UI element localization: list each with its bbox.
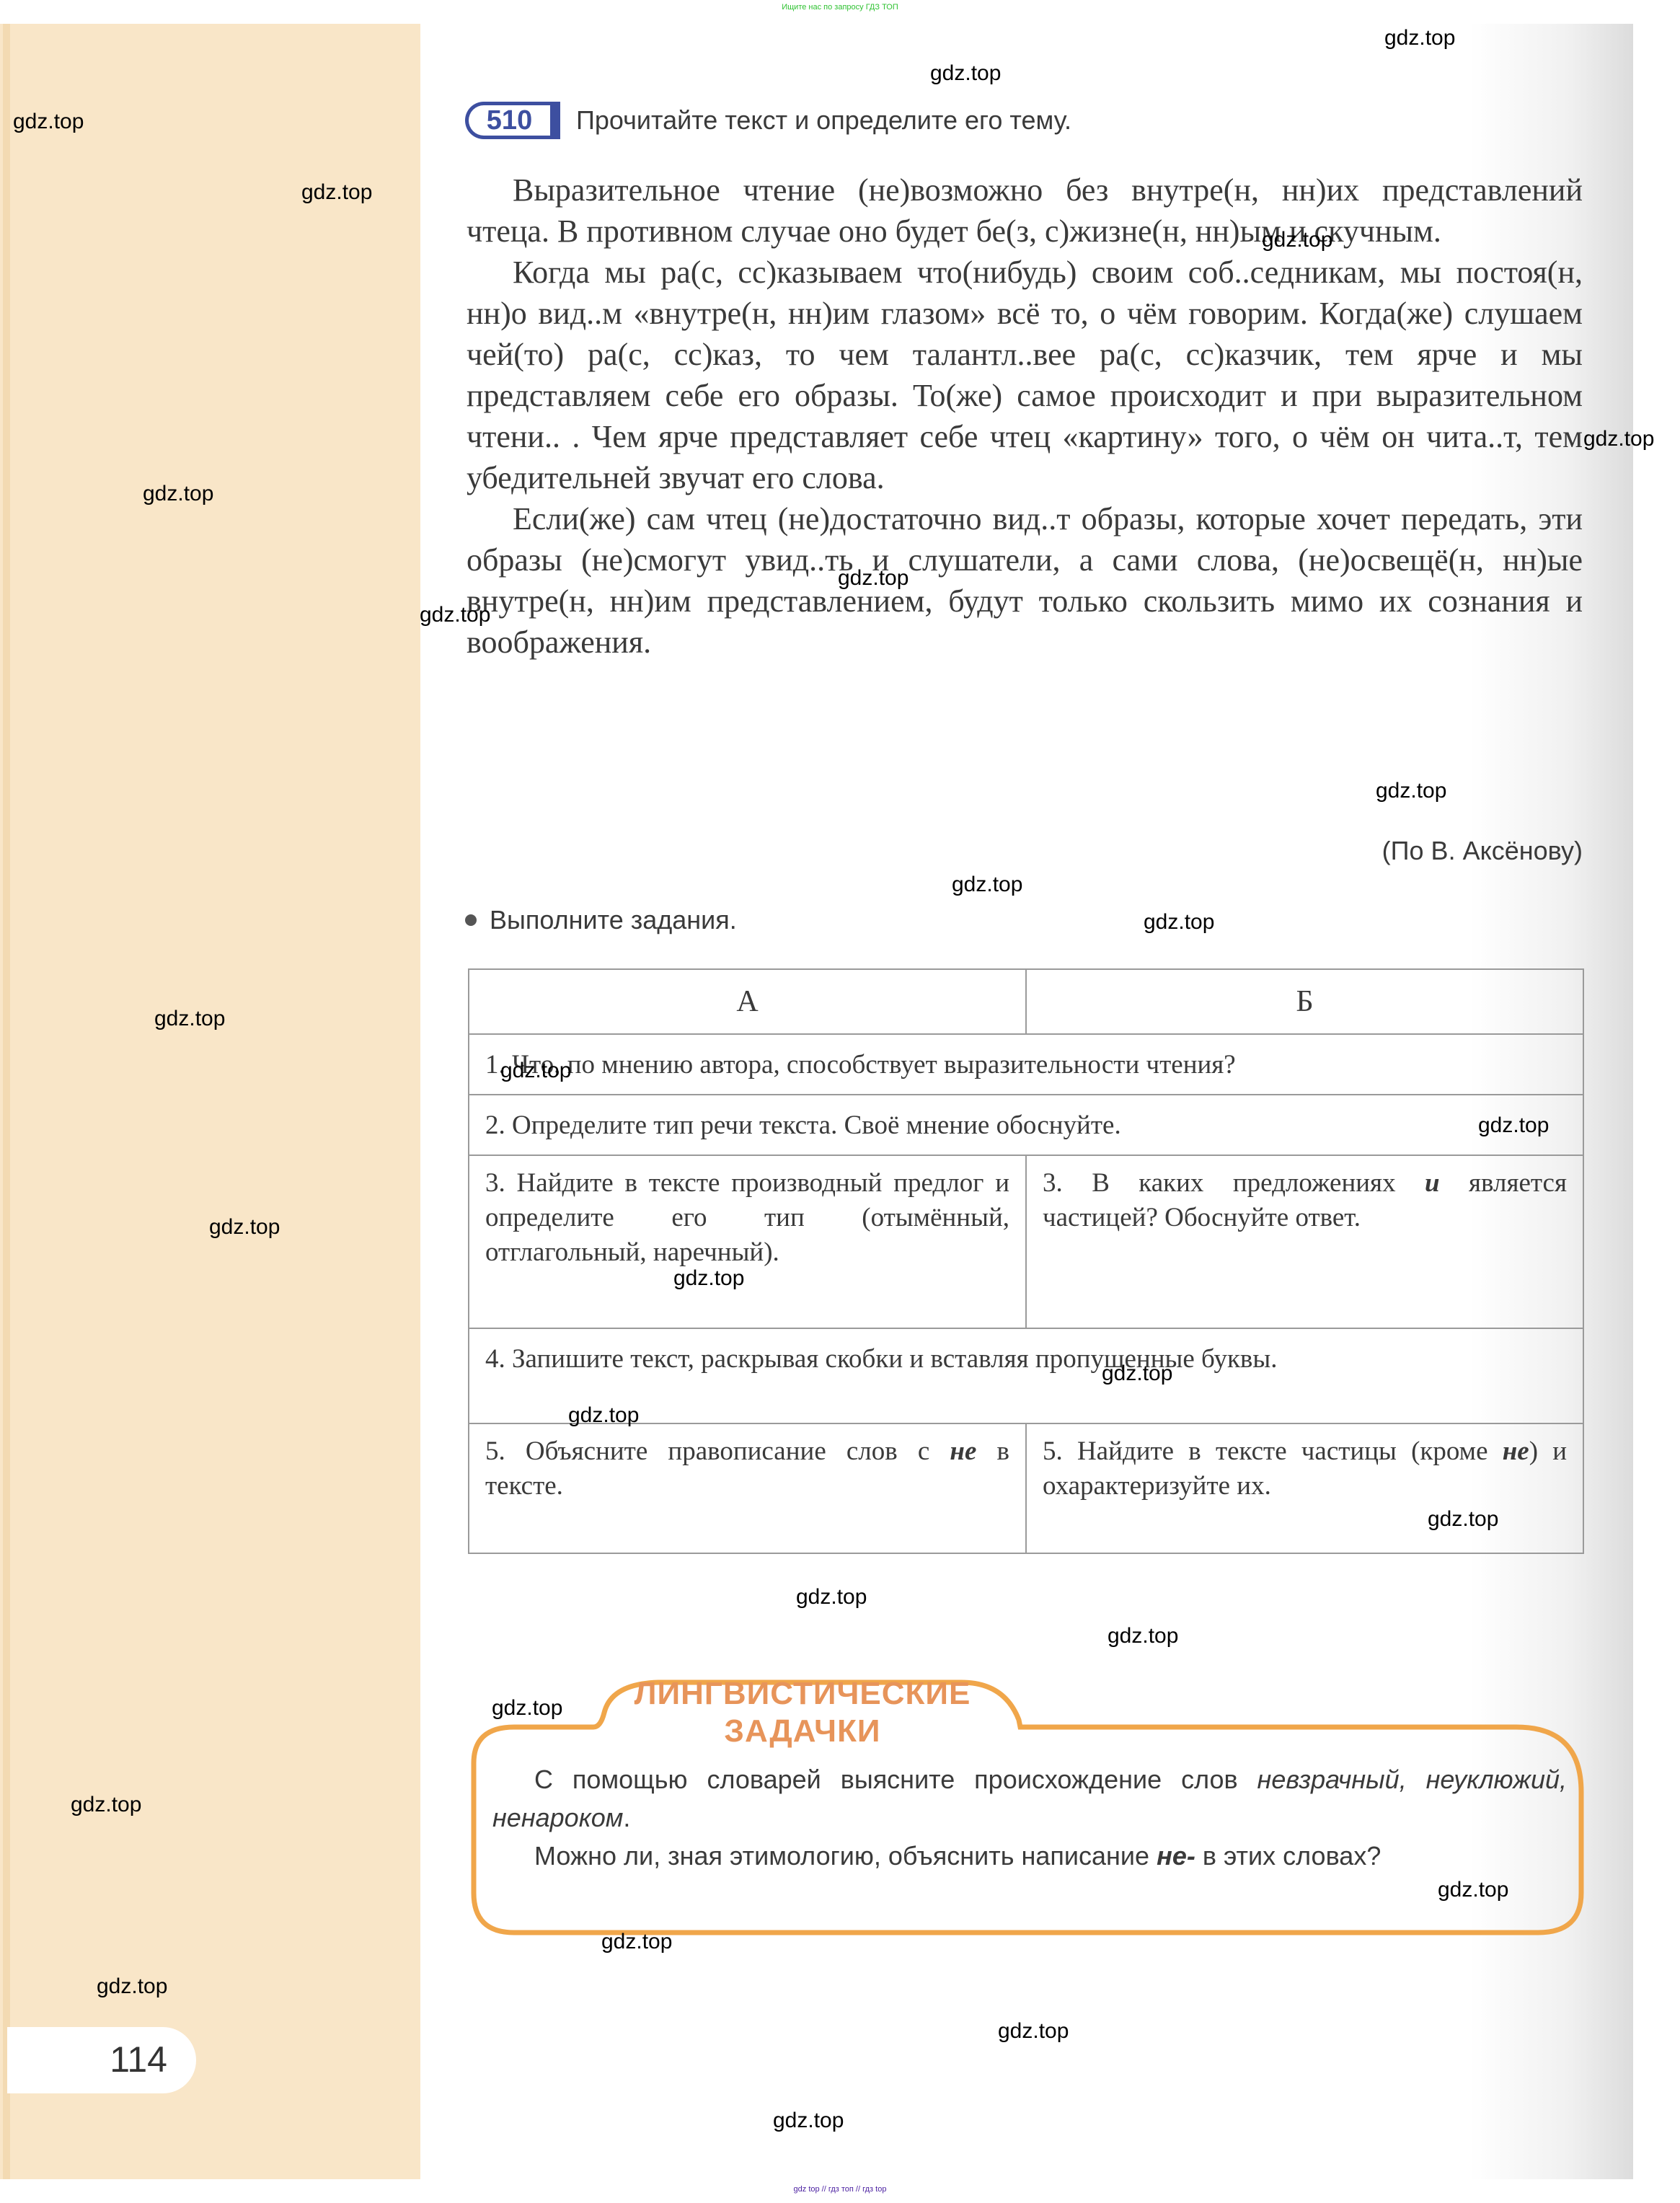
linguistic-tasks-text: С помощью словарей выясните происхождени… bbox=[492, 1760, 1567, 1875]
watermark: gdz.top bbox=[1144, 910, 1214, 935]
text-paragraph: Если(же) сам чтец (не)достаточно вид..т … bbox=[467, 498, 1583, 663]
column-header-a: А bbox=[469, 969, 1026, 1034]
watermark: gdz.top bbox=[1262, 228, 1332, 252]
text-paragraph: Когда мы ра(с, сс)казываем что(нибудь) с… bbox=[467, 252, 1583, 498]
task-3b: 3. В каких предложениях и является части… bbox=[1026, 1155, 1583, 1328]
watermark: gdz.top bbox=[1583, 427, 1654, 451]
watermark: gdz.top bbox=[1478, 1113, 1549, 1138]
linguistic-tasks-title: ЛИНГВИСТИЧЕСКИЕ ЗАДАЧКИ bbox=[601, 1675, 1004, 1750]
task-5b: 5. Найдите в тексте частицы (кроме не) и… bbox=[1026, 1423, 1583, 1553]
bottom-banner: gdz top // гдз топ // гдз top bbox=[0, 2185, 1680, 2194]
textbook-page: 114 510 Прочитайте текст и определите ег… bbox=[0, 24, 1633, 2179]
table-row: 2. Определите тип речи текста. Своё мнен… bbox=[469, 1095, 1583, 1155]
watermark: gdz.top bbox=[773, 2109, 844, 2133]
watermark: gdz.top bbox=[143, 482, 213, 506]
watermark: gdz.top bbox=[1384, 26, 1455, 50]
watermark: gdz.top bbox=[1438, 1878, 1508, 1902]
watermark: gdz.top bbox=[500, 1059, 571, 1083]
task-3a: 3. Найдите в тексте производный предлог … bbox=[469, 1155, 1026, 1328]
ling-paragraph-2: Можно ли, зная этимологию, объяснить нап… bbox=[492, 1837, 1567, 1875]
ling-p2-emphasis: не- bbox=[1157, 1841, 1195, 1871]
task-5a: 5. Объясните правописание слов с не в те… bbox=[469, 1423, 1026, 1553]
task-intro-label: Выполните задания. bbox=[490, 905, 737, 935]
title-line-2: ЗАДАЧКИ bbox=[601, 1713, 1004, 1750]
watermark: gdz.top bbox=[673, 1266, 744, 1291]
page-margin-band: 114 bbox=[0, 24, 420, 2179]
watermark: gdz.top bbox=[154, 1007, 225, 1031]
watermark: gdz.top bbox=[492, 1696, 562, 1721]
watermark: gdz.top bbox=[13, 110, 84, 134]
watermark: gdz.top bbox=[568, 1403, 639, 1428]
tasks-table: А Б 1. Что, по мнению автора, способству… bbox=[468, 968, 1584, 1554]
task-5a-emphasis: не bbox=[950, 1436, 976, 1466]
watermark: gdz.top bbox=[998, 2019, 1069, 2044]
text-attribution: (По В. Аксёнову) bbox=[1382, 836, 1583, 866]
watermark: gdz.top bbox=[1428, 1507, 1498, 1532]
page-number-tab: 114 bbox=[7, 2027, 196, 2093]
task-3b-emphasis: и bbox=[1425, 1168, 1440, 1198]
watermark: gdz.top bbox=[209, 1215, 280, 1240]
task-2: 2. Определите тип речи текста. Своё мнен… bbox=[469, 1095, 1583, 1155]
page-number: 114 bbox=[110, 2039, 167, 2080]
linguistic-tasks-box: ЛИНГВИСТИЧЕСКИЕ ЗАДАЧКИ С помощью словар… bbox=[471, 1655, 1587, 1936]
watermark: gdz.top bbox=[838, 566, 908, 591]
watermark: gdz.top bbox=[952, 873, 1022, 897]
bullet-icon bbox=[465, 914, 477, 926]
task-5b-emphasis: не bbox=[1503, 1436, 1529, 1466]
ling-p2-end: в этих словах? bbox=[1195, 1841, 1381, 1871]
ling-paragraph-1: С помощью словарей выясните происхождени… bbox=[492, 1760, 1567, 1837]
watermark: gdz.top bbox=[420, 603, 490, 627]
exercise-text: Выразительное чтение (не)возможно без вн… bbox=[467, 169, 1583, 663]
watermark: gdz.top bbox=[796, 1585, 867, 1610]
exercise-header: 510 Прочитайте текст и определите его те… bbox=[465, 99, 1071, 142]
watermark: gdz.top bbox=[930, 61, 1001, 86]
watermark: gdz.top bbox=[601, 1930, 672, 1954]
ling-p1-text: С помощью словарей выясните происхождени… bbox=[534, 1765, 1257, 1794]
watermark: gdz.top bbox=[1376, 779, 1446, 803]
task-5a-text: 5. Объясните правописание слов с bbox=[485, 1436, 950, 1466]
task-1: 1. Что, по мнению автора, способствует в… bbox=[469, 1034, 1583, 1095]
ling-p1-end: . bbox=[623, 1803, 630, 1832]
top-banner: Ищите нас по запросу ГДЗ ТОП bbox=[0, 3, 1680, 12]
task-5b-text: 5. Найдите в тексте частицы (кроме bbox=[1043, 1436, 1503, 1466]
exercise-instruction: Прочитайте текст и определите его тему. bbox=[576, 105, 1071, 136]
task-3b-text: 3. В каких предложениях bbox=[1043, 1168, 1425, 1198]
watermark: gdz.top bbox=[301, 180, 372, 205]
table-row: 3. Найдите в тексте производный предлог … bbox=[469, 1155, 1583, 1328]
watermark: gdz.top bbox=[71, 1793, 141, 1817]
watermark: gdz.top bbox=[97, 1974, 167, 1999]
title-line-1: ЛИНГВИСТИЧЕСКИЕ bbox=[601, 1675, 1004, 1713]
text-paragraph: Выразительное чтение (не)возможно без вн… bbox=[467, 169, 1583, 252]
table-row: 5. Объясните правописание слов с не в те… bbox=[469, 1423, 1583, 1553]
table-row: 1. Что, по мнению автора, способствует в… bbox=[469, 1034, 1583, 1095]
exercise-number-badge: 510 bbox=[465, 102, 560, 139]
watermark: gdz.top bbox=[1108, 1624, 1178, 1648]
task-intro: Выполните задания. bbox=[465, 905, 737, 935]
watermark: gdz.top bbox=[1102, 1361, 1172, 1386]
table-header-row: А Б bbox=[469, 969, 1583, 1034]
ling-p2-text: Можно ли, зная этимологию, объяснить нап… bbox=[534, 1841, 1157, 1871]
column-header-b: Б bbox=[1026, 969, 1583, 1034]
